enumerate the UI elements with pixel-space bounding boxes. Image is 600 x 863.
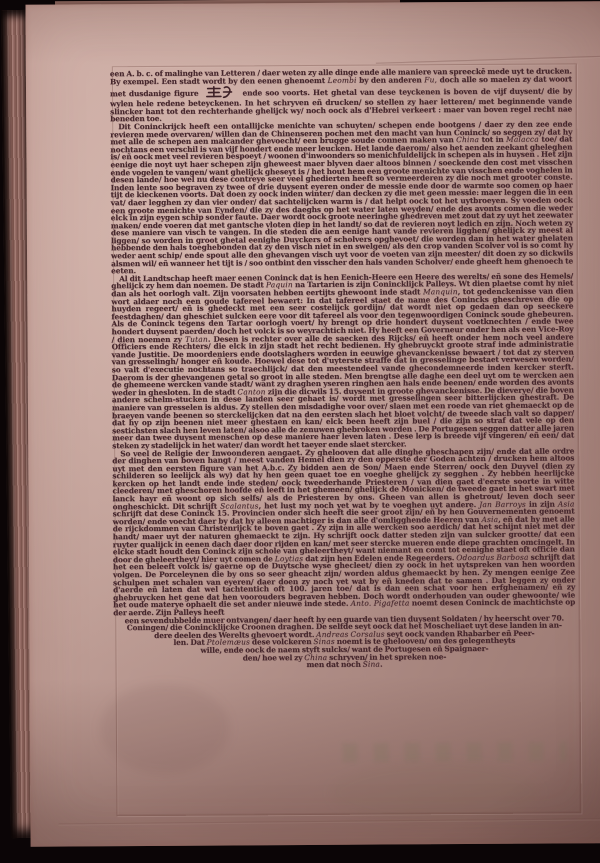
paragraph-religion-porcelain: So veel de Religie der Inwoonderen aenga… — [112, 447, 575, 617]
paper-crease-bottom — [58, 818, 600, 825]
paragraph-king-justice: Al dit Landtschap heeft maer eenen Conin… — [111, 272, 574, 449]
paragraph-shipping-fishing: Dit Coninckrijck heeft een ontallijcke m… — [110, 120, 573, 275]
paragraph-letters: een A. b. c. of malinghe van Letteren / … — [110, 67, 572, 123]
book-photo-scene: een A. b. c. of malinghe van Letteren / … — [0, 0, 600, 863]
book-page: een A. b. c. of malinghe van Letteren / … — [25, 1, 600, 847]
colophon-taper: een sevendubbelde muer ontvangen/ daer h… — [113, 614, 575, 670]
chinese-character-figure — [205, 85, 235, 100]
text-block: een A. b. c. of malinghe van Letteren / … — [110, 67, 576, 670]
